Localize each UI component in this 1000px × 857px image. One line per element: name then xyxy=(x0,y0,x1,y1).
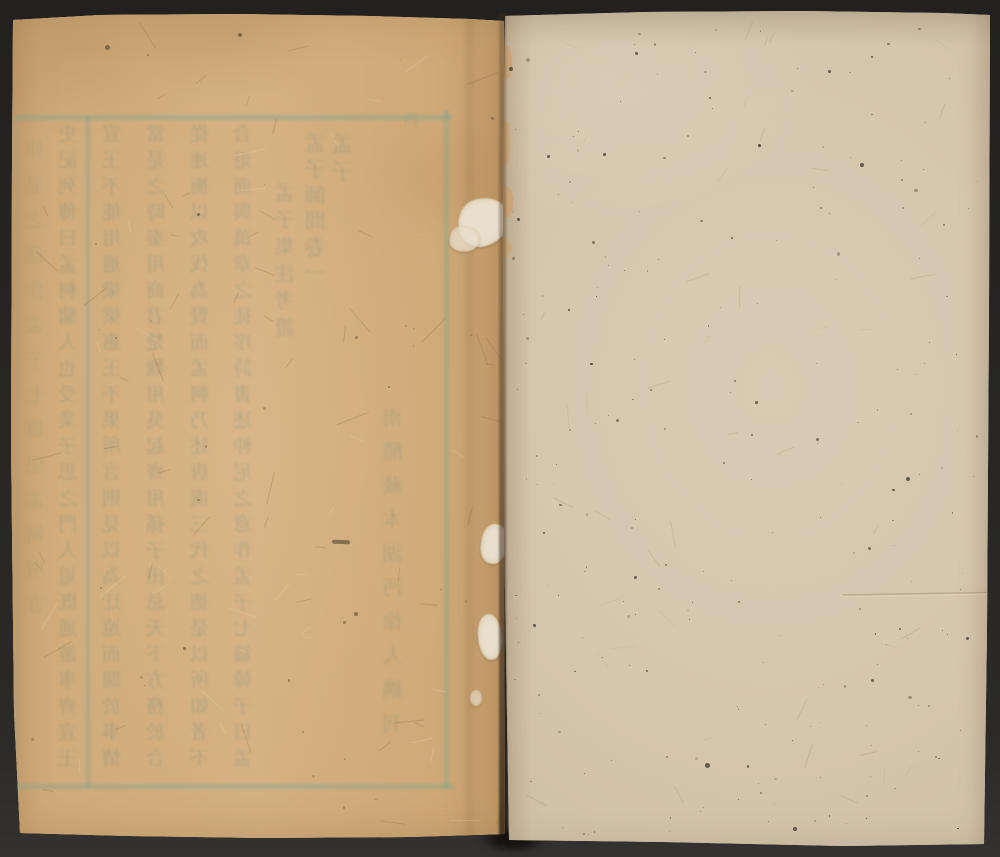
paper-speck xyxy=(737,706,738,707)
paper-speck xyxy=(692,602,693,603)
paper-speck xyxy=(957,828,958,829)
paper-speck xyxy=(533,624,536,627)
paper-speck xyxy=(892,520,894,522)
paper-speck xyxy=(846,823,847,824)
paper-speck xyxy=(923,169,924,170)
paper-speck xyxy=(906,477,910,481)
paper-speck xyxy=(573,136,575,138)
paper-fiber xyxy=(860,751,876,756)
paper-speck xyxy=(875,633,877,635)
paper-fiber xyxy=(540,312,545,321)
paper-fiber xyxy=(911,274,937,280)
paper-speck xyxy=(670,817,672,819)
paper-speck xyxy=(594,831,596,833)
paper-speck xyxy=(877,409,879,411)
paper-speck xyxy=(586,566,588,568)
paper-speck xyxy=(595,423,596,424)
paper-speck xyxy=(611,760,612,761)
paper-speck xyxy=(850,157,851,158)
paper-fiber xyxy=(520,584,523,593)
ink-dot xyxy=(354,612,358,616)
paper-fiber xyxy=(598,653,611,669)
paper-speck xyxy=(768,821,769,822)
paper-speck xyxy=(791,90,793,92)
paper-speck xyxy=(924,363,926,365)
ghost-frame-left-inner-line xyxy=(86,116,90,787)
paper-speck xyxy=(956,354,957,355)
paper-speck xyxy=(910,413,912,415)
paper-speck xyxy=(650,389,652,391)
horizontal-crease-line xyxy=(843,592,991,598)
paper-speck xyxy=(584,773,585,774)
paper-speck xyxy=(605,256,607,258)
paper-speck xyxy=(797,68,799,70)
paper-speck xyxy=(942,630,943,631)
torn-paper-patch xyxy=(470,690,482,706)
paper-speck xyxy=(608,415,609,416)
paper-speck xyxy=(947,634,948,635)
paper-speck xyxy=(938,758,940,760)
paper-speck xyxy=(639,211,640,212)
paper-fiber xyxy=(938,103,945,120)
paper-fiber xyxy=(553,497,573,507)
paper-speck xyxy=(731,580,732,581)
paper-speck xyxy=(596,296,597,297)
paper-speck xyxy=(634,576,637,579)
paper-speck xyxy=(779,635,781,637)
paper-speck xyxy=(901,179,903,181)
paper-speck xyxy=(584,571,586,573)
paper-speck xyxy=(657,73,659,75)
paper-speck xyxy=(946,296,947,297)
ink-smudge xyxy=(332,540,350,545)
paper-speck xyxy=(877,664,878,665)
paper-speck xyxy=(760,30,761,31)
paper-speck xyxy=(526,58,529,61)
paper-speck xyxy=(638,33,640,35)
paper-speck xyxy=(919,258,920,259)
paper-speck xyxy=(857,422,859,424)
paper-speck xyxy=(620,101,621,102)
paper-speck xyxy=(919,474,920,475)
paper-fiber xyxy=(804,744,813,768)
paper-speck xyxy=(512,257,515,260)
paper-speck xyxy=(866,795,868,797)
paper-speck xyxy=(597,287,598,288)
paper-speck xyxy=(924,122,926,124)
paper-speck xyxy=(538,694,540,696)
paper-fiber xyxy=(759,128,764,140)
paper-fiber xyxy=(659,610,676,626)
paper-speck xyxy=(707,336,709,338)
paper-fiber xyxy=(796,698,808,720)
paper-fiber xyxy=(745,21,753,40)
paper-speck xyxy=(960,730,961,731)
paper-speck xyxy=(631,527,633,529)
paper-speck xyxy=(892,489,894,491)
paper-fiber xyxy=(841,795,859,803)
paper-speck xyxy=(901,160,902,161)
paper-fiber xyxy=(567,404,570,428)
paper-speck xyxy=(543,532,545,534)
paper-speck xyxy=(738,799,739,800)
paper-speck xyxy=(542,802,543,803)
paper-speck xyxy=(603,153,606,156)
paper-fiber xyxy=(813,325,829,331)
paper-speck xyxy=(837,252,841,256)
ghost-text-column: 南醴藏本湖沔徐人鐫刊 xyxy=(384,407,404,747)
paper-speck xyxy=(820,777,821,778)
ghost-frame-top-line xyxy=(15,115,452,120)
paper-fiber xyxy=(743,98,747,108)
paper-speck xyxy=(823,684,824,685)
paper-speck xyxy=(558,731,560,733)
paper-speck xyxy=(886,644,887,645)
ghost-text-column: 孟子集注考證 xyxy=(276,182,296,344)
paper-speck xyxy=(578,131,579,132)
paper-speck xyxy=(695,52,696,53)
ghost-text-column: 當是之時秦用商君楚魏用吳起齊用孫子田忌天下方務於合 xyxy=(148,124,167,774)
paper-speck xyxy=(548,585,549,586)
ghost-frame-bottom-line xyxy=(15,784,454,789)
paper-speck xyxy=(899,628,901,630)
paper-speck xyxy=(530,781,532,783)
paper-speck xyxy=(734,380,736,382)
paper-fiber xyxy=(933,37,948,49)
paper-speck xyxy=(582,637,583,638)
paper-fiber xyxy=(583,136,588,144)
paper-speck xyxy=(819,722,820,723)
paper-speck xyxy=(829,815,830,816)
paper-speck xyxy=(818,687,819,688)
ghost-text-column: 仲尼之意作孟子七篇紀孟軻所言 xyxy=(28,140,47,630)
paper-speck xyxy=(664,428,666,430)
paper-speck xyxy=(828,70,831,73)
paper-fiber xyxy=(647,380,671,388)
paper-speck xyxy=(654,43,656,45)
paper-speck xyxy=(703,571,704,572)
paper-speck xyxy=(962,573,963,574)
paper-speck xyxy=(760,792,762,794)
paper-speck xyxy=(849,72,850,73)
paper-fiber xyxy=(671,521,677,547)
paper-speck xyxy=(537,484,538,485)
paper-speck xyxy=(664,339,665,340)
paper-fiber xyxy=(764,37,768,47)
paper-speck xyxy=(871,679,874,682)
paper-speck xyxy=(602,657,603,658)
paper-speck xyxy=(868,547,871,550)
paper-speck xyxy=(758,783,759,784)
paper-speck xyxy=(632,399,634,401)
book-scan-photo: 史記列傳曰孟軻騶人也受業子思之門人道既通游事齊宣王宣王不能用適梁梁惠王不果所言則… xyxy=(0,0,1000,857)
paper-speck xyxy=(887,43,890,46)
ghost-text-column: 合退而與萬章之徒序詩書述仲尼之意作孟子七篇韓子曰孟 xyxy=(235,124,254,774)
paper-speck xyxy=(774,778,776,780)
paper-speck xyxy=(709,97,711,99)
paper-speck xyxy=(635,614,636,615)
paper-speck xyxy=(634,359,635,360)
paper-fiber xyxy=(674,786,683,802)
paper-speck xyxy=(810,726,811,727)
paper-speck xyxy=(695,757,698,760)
paper-fiber xyxy=(600,597,623,606)
paper-speck xyxy=(518,642,519,643)
paper-speck xyxy=(793,827,797,831)
paper-speck xyxy=(658,259,659,260)
paper-speck xyxy=(751,479,752,480)
paper-speck xyxy=(792,740,793,741)
ghost-text-column: 四 xyxy=(405,112,419,126)
paper-speck xyxy=(616,419,619,422)
paper-speck xyxy=(715,29,717,31)
paper-speck xyxy=(755,401,758,404)
paper-speck xyxy=(629,665,630,666)
paper-speck xyxy=(571,202,572,203)
paper-speck xyxy=(663,157,666,160)
paper-speck xyxy=(635,519,636,520)
paper-speck xyxy=(703,807,704,808)
paper-speck xyxy=(700,811,701,812)
paper-speck xyxy=(908,696,911,699)
paper-speck xyxy=(562,827,563,828)
paper-speck xyxy=(813,187,814,188)
paper-speck xyxy=(689,619,690,620)
showthrough-ghost-block: 史記列傳曰孟軻騶人也受業子思之門人道既通游事齊宣王宣王不能用適梁梁惠王不果所言則… xyxy=(10,12,505,838)
paper-speck xyxy=(859,608,861,610)
paper-fiber xyxy=(777,447,794,455)
paper-speck xyxy=(666,756,668,758)
paper-speck xyxy=(687,610,689,612)
paper-speck xyxy=(935,756,937,758)
paper-fiber xyxy=(739,285,740,308)
fore-edge-fold-crease xyxy=(462,12,478,838)
paper-speck xyxy=(515,595,516,596)
paper-speck xyxy=(757,303,758,304)
paper-speck xyxy=(949,78,950,79)
paper-speck xyxy=(871,56,872,57)
paper-fiber xyxy=(564,43,578,49)
paper-speck xyxy=(559,504,562,507)
paper-fiber xyxy=(905,764,914,777)
paper-fiber xyxy=(900,627,920,640)
paper-fiber xyxy=(527,794,548,806)
book-gutter-shadow xyxy=(499,13,506,842)
paper-speck xyxy=(514,679,515,680)
paper-speck xyxy=(553,483,554,484)
paper-speck xyxy=(835,279,836,280)
paper-speck xyxy=(941,467,943,469)
paper-speck xyxy=(712,108,713,109)
paper-speck xyxy=(590,363,592,365)
paper-speck xyxy=(665,564,667,566)
left-page[interactable]: 史記列傳曰孟軻騶人也受業子思之門人道既通游事齊宣王宣王不能用適梁梁惠王不果所言則… xyxy=(10,12,505,838)
paper-speck xyxy=(738,601,739,602)
paper-speck xyxy=(577,149,579,151)
paper-speck xyxy=(918,28,920,30)
paper-speck xyxy=(918,705,919,706)
paper-speck xyxy=(820,207,822,209)
paper-fiber xyxy=(610,645,635,649)
ghost-text-column: 宣王不能用適梁梁惠王不果所言則見以為迂遠而闊於事情 xyxy=(104,124,123,774)
paper-speck xyxy=(844,685,847,688)
paper-speck xyxy=(765,724,766,725)
paper-speck xyxy=(556,464,557,465)
paper-speck xyxy=(928,705,930,707)
paper-fiber xyxy=(687,273,710,282)
paper-speck xyxy=(763,662,764,663)
paper-speck xyxy=(853,552,855,554)
paper-speck xyxy=(723,462,725,464)
paper-fiber xyxy=(727,432,738,435)
paper-speck xyxy=(547,155,550,158)
ghost-text-column: 孟子師問卷一 xyxy=(306,132,327,288)
paper-fiber xyxy=(920,211,937,227)
paper-fiber xyxy=(648,550,661,567)
right-page[interactable] xyxy=(503,11,991,846)
paper-speck xyxy=(700,220,702,222)
paper-speck xyxy=(515,129,516,130)
paper-speck xyxy=(866,818,867,819)
paper-speck xyxy=(943,224,945,226)
paper-speck xyxy=(816,438,819,441)
paper-speck xyxy=(583,833,585,835)
paper-speck xyxy=(814,820,816,822)
ghost-text-column: 孟子 xyxy=(334,132,356,188)
paper-speck xyxy=(929,342,930,343)
paper-speck xyxy=(646,670,647,671)
paper-speck xyxy=(758,144,761,147)
paper-speck xyxy=(860,163,864,167)
paper-speck xyxy=(897,369,898,370)
paper-speck xyxy=(822,146,824,148)
paper-speck xyxy=(669,831,670,832)
paper-speck xyxy=(871,745,872,746)
paper-speck xyxy=(558,194,559,195)
paper-speck xyxy=(915,374,916,375)
paper-speck xyxy=(977,181,978,182)
paper-speck xyxy=(608,265,609,266)
paper-speck xyxy=(774,803,775,804)
paper-speck xyxy=(966,637,969,640)
paper-speck xyxy=(526,337,529,340)
paper-fiber xyxy=(595,511,611,521)
paper-speck xyxy=(871,114,873,116)
paper-speck xyxy=(870,776,871,777)
paper-speck xyxy=(635,52,638,55)
paper-speck xyxy=(866,725,867,726)
paper-speck xyxy=(704,71,707,74)
paper-speck xyxy=(720,307,721,308)
paper-speck xyxy=(973,476,974,477)
paper-speck xyxy=(902,207,904,209)
paper-speck xyxy=(918,751,919,752)
paper-speck xyxy=(914,189,917,192)
paper-fiber xyxy=(703,336,711,345)
paper-speck xyxy=(542,295,543,296)
paper-speck xyxy=(776,240,777,241)
ghost-frame-left-outer-line xyxy=(16,116,19,786)
paper-speck xyxy=(907,638,908,639)
paper-speck xyxy=(708,325,710,327)
paper-speck xyxy=(536,455,538,457)
paper-speck xyxy=(568,309,570,311)
paper-speck xyxy=(539,713,540,714)
paper-speck xyxy=(751,434,753,436)
paper-speck xyxy=(634,44,635,45)
paper-fiber xyxy=(860,329,872,331)
ghost-text-column: 從連衡以攻伐為賢而孟軻乃述唐虞三代之德是以所如者不 xyxy=(192,124,211,774)
paper-speck xyxy=(569,429,571,431)
paper-fiber xyxy=(702,737,713,742)
paper-speck xyxy=(627,615,630,618)
paper-speck xyxy=(623,601,624,602)
paper-speck xyxy=(730,392,731,393)
paper-speck xyxy=(523,314,524,315)
paper-speck xyxy=(517,218,520,221)
ghost-frame-right-line xyxy=(444,110,449,789)
paper-speck xyxy=(705,763,710,768)
paper-fiber xyxy=(770,33,775,42)
paper-speck xyxy=(957,430,958,431)
paper-speck xyxy=(976,435,978,437)
paper-speck xyxy=(952,512,953,513)
ghost-text-column: 史記列傳曰孟軻騶人也受業子思之門人道既通游事齊宣王 xyxy=(60,124,79,774)
paper-fiber xyxy=(586,391,588,413)
paper-speck xyxy=(894,788,896,790)
paper-speck xyxy=(569,181,571,183)
paper-speck xyxy=(968,208,969,209)
paper-speck xyxy=(820,517,821,518)
paper-speck xyxy=(558,595,559,596)
paper-speck xyxy=(731,237,733,239)
paper-fiber xyxy=(883,769,885,788)
paper-speck xyxy=(738,708,739,709)
paper-speck xyxy=(894,545,895,546)
paper-speck xyxy=(829,213,830,214)
paper-speck xyxy=(747,765,749,767)
paper-fiber xyxy=(812,168,828,171)
paper-speck xyxy=(772,532,773,533)
paper-fiber xyxy=(717,167,728,183)
paper-speck xyxy=(517,389,518,390)
paper-speck xyxy=(911,581,912,582)
paper-speck xyxy=(816,363,817,364)
paper-speck xyxy=(658,588,660,590)
paper-speck xyxy=(574,671,575,672)
paper-speck xyxy=(647,270,649,272)
paper-speck xyxy=(960,589,961,590)
paper-speck xyxy=(516,618,517,619)
paper-speck xyxy=(817,443,818,444)
paper-speck xyxy=(687,135,689,137)
paper-speck xyxy=(586,513,589,516)
paper-speck xyxy=(526,478,528,480)
paper-speck xyxy=(841,484,842,485)
paper-speck xyxy=(525,363,527,365)
paper-fiber xyxy=(880,643,899,648)
paper-fiber xyxy=(873,524,879,533)
paper-speck xyxy=(588,834,590,836)
paper-speck xyxy=(624,270,625,271)
paper-speck xyxy=(592,241,595,244)
